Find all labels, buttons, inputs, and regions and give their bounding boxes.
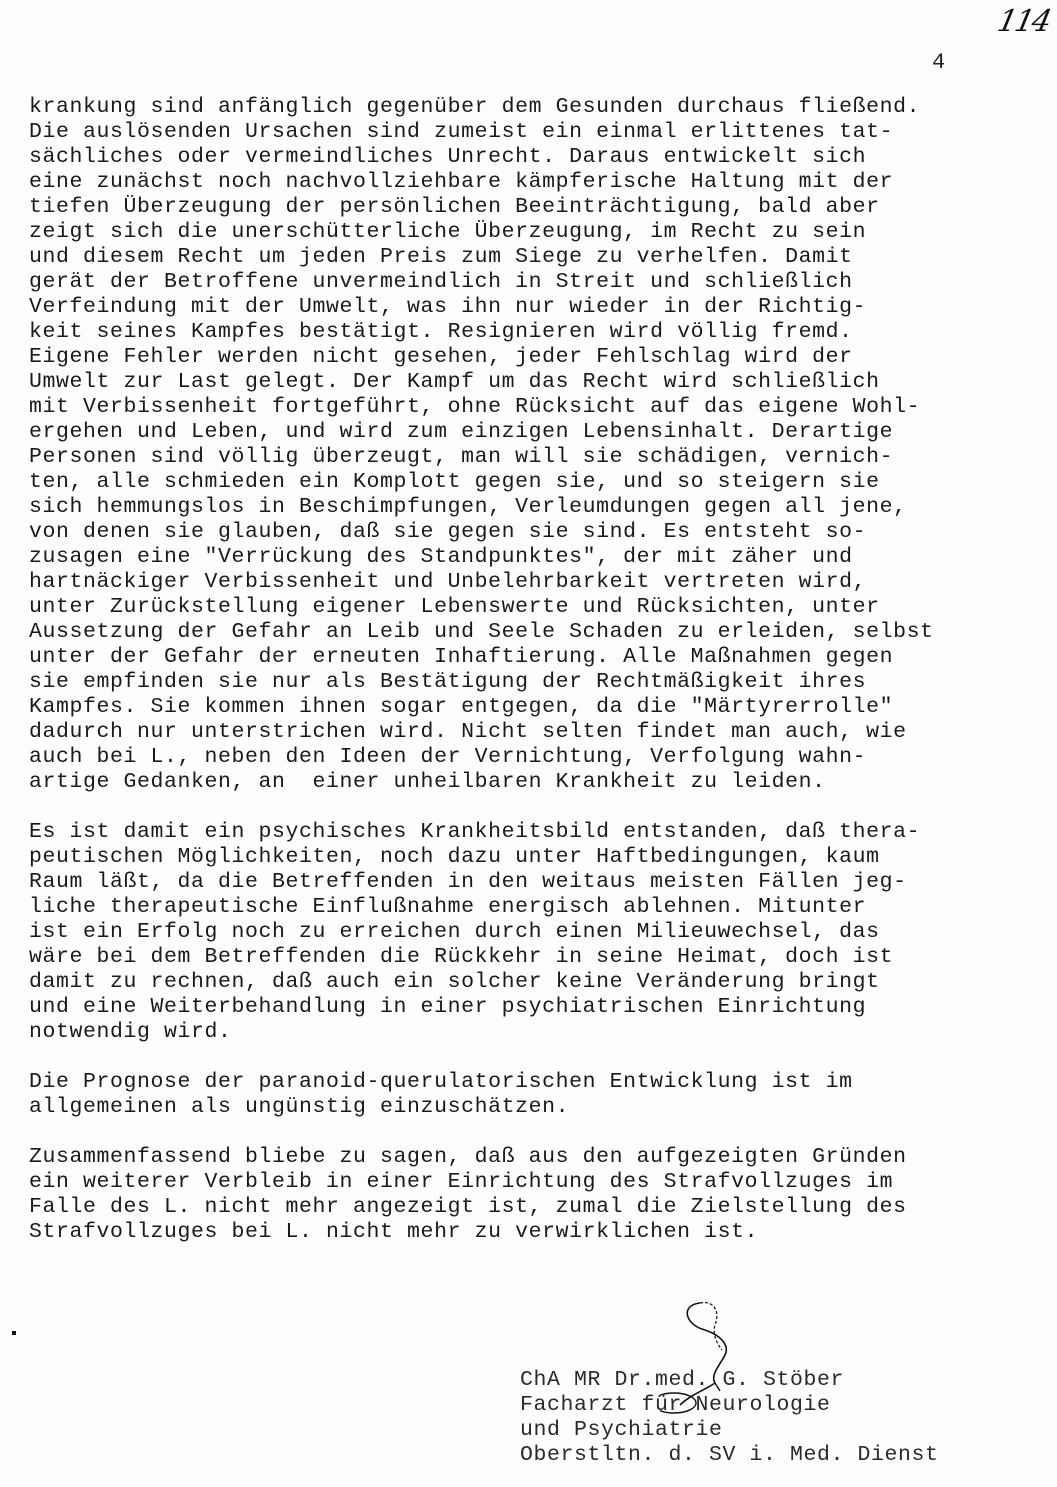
text-line: und diesem Recht um jeden Preis zum Sieg…: [29, 245, 1057, 270]
text-line: Es ist damit ein psychisches Krankheitsb…: [29, 820, 1057, 845]
signature-block: ChA MR Dr.med. G. StöberFacharzt für Neu…: [520, 1368, 939, 1468]
text-line: ist ein Erfolg noch zu erreichen durch e…: [29, 920, 1057, 945]
text-line: hartnäckiger Verbissenheit und Unbelehrb…: [29, 570, 1057, 595]
signature-line: und Psychiatrie: [520, 1418, 939, 1443]
text-line: wäre bei dem Betreffenden die Rückkehr i…: [29, 945, 1057, 970]
signature-line: ChA MR Dr.med. G. Stöber: [520, 1368, 939, 1393]
text-line: auch bei L., neben den Ideen der Vernich…: [29, 745, 1057, 770]
paragraph: Zusammenfassend bliebe zu sagen, daß aus…: [29, 1145, 1057, 1245]
text-line: allgemeinen als ungünstig einzuschätzen.: [29, 1095, 1057, 1120]
text-line: damit zu rechnen, daß auch ein solcher k…: [29, 970, 1057, 995]
text-line: Strafvollzuges bei L. nicht mehr zu verw…: [29, 1220, 1057, 1245]
text-line: Aussetzung der Gefahr an Leib und Seele …: [29, 620, 1057, 645]
paragraph: krankung sind anfänglich gegenüber dem G…: [29, 95, 1057, 795]
text-line: gerät der Betroffene unvermeindlich in S…: [29, 270, 1057, 295]
paragraph: Die Prognose der paranoid-querulatorisch…: [29, 1070, 1057, 1120]
document-body: krankung sind anfänglich gegenüber dem G…: [29, 95, 1057, 1270]
text-line: von denen sie glauben, daß sie gegen sie…: [29, 520, 1057, 545]
text-line: Falle des L. nicht mehr angezeigt ist, z…: [29, 1195, 1057, 1220]
text-line: Verfeindung mit der Umwelt, was ihn nur …: [29, 295, 1057, 320]
handwritten-archive-number: 114: [994, 4, 1053, 39]
text-line: zusagen eine "Verrückung des Standpunkte…: [29, 545, 1057, 570]
text-line: Kampfes. Sie kommen ihnen sogar entgegen…: [29, 695, 1057, 720]
text-line: keit seines Kampfes bestätigt. Resignier…: [29, 320, 1057, 345]
text-line: Raum läßt, da die Betreffenden in den we…: [29, 870, 1057, 895]
text-line: unter Zurückstellung eigener Lebenswerte…: [29, 595, 1057, 620]
text-line: Personen sind völlig überzeugt, man will…: [29, 445, 1057, 470]
text-line: eine zunächst noch nachvollziehbare kämp…: [29, 170, 1057, 195]
text-line: sie empfinden sie nur als Bestätigung de…: [29, 670, 1057, 695]
text-line: liche therapeutische Einflußnahme energi…: [29, 895, 1057, 920]
signature-line: Facharzt für Neurologie: [520, 1393, 939, 1418]
paragraph: Es ist damit ein psychisches Krankheitsb…: [29, 820, 1057, 1045]
document-page: 114 4 krankung sind anfänglich gegenüber…: [0, 0, 1057, 1487]
text-line: notwendig wird.: [29, 1020, 1057, 1045]
text-line: zeigt sich die unerschütterliche Überzeu…: [29, 220, 1057, 245]
text-line: Die Prognose der paranoid-querulatorisch…: [29, 1070, 1057, 1095]
text-line: dadurch nur unterstrichen wird. Nicht se…: [29, 720, 1057, 745]
text-line: Zusammenfassend bliebe zu sagen, daß aus…: [29, 1145, 1057, 1170]
scan-artifact: [12, 1331, 16, 1335]
page-number: 4: [932, 50, 945, 75]
text-line: Die auslösenden Ursachen sind zumeist ei…: [29, 120, 1057, 145]
text-line: tiefen Überzeugung der persönlichen Beei…: [29, 195, 1057, 220]
text-line: Eigene Fehler werden nicht gesehen, jede…: [29, 345, 1057, 370]
text-line: unter der Gefahr der erneuten Inhaftieru…: [29, 645, 1057, 670]
text-line: und eine Weiterbehandlung in einer psych…: [29, 995, 1057, 1020]
text-line: artige Gedanken, an einer unheilbaren Kr…: [29, 770, 1057, 795]
text-line: krankung sind anfänglich gegenüber dem G…: [29, 95, 1057, 120]
text-line: sich hemmungslos in Beschimpfungen, Verl…: [29, 495, 1057, 520]
text-line: peutischen Möglichkeiten, noch dazu unte…: [29, 845, 1057, 870]
text-line: Umwelt zur Last gelegt. Der Kampf um das…: [29, 370, 1057, 395]
text-line: mit Verbissenheit fortgeführt, ohne Rück…: [29, 395, 1057, 420]
text-line: ten, alle schmieden ein Komplott gegen s…: [29, 470, 1057, 495]
text-line: ergehen und Leben, und wird zum einzigen…: [29, 420, 1057, 445]
text-line: ein weiterer Verbleib in einer Einrichtu…: [29, 1170, 1057, 1195]
signature-line: Oberstltn. d. SV i. Med. Dienst: [520, 1443, 939, 1468]
text-line: sächliches oder vermeindliches Unrecht. …: [29, 145, 1057, 170]
